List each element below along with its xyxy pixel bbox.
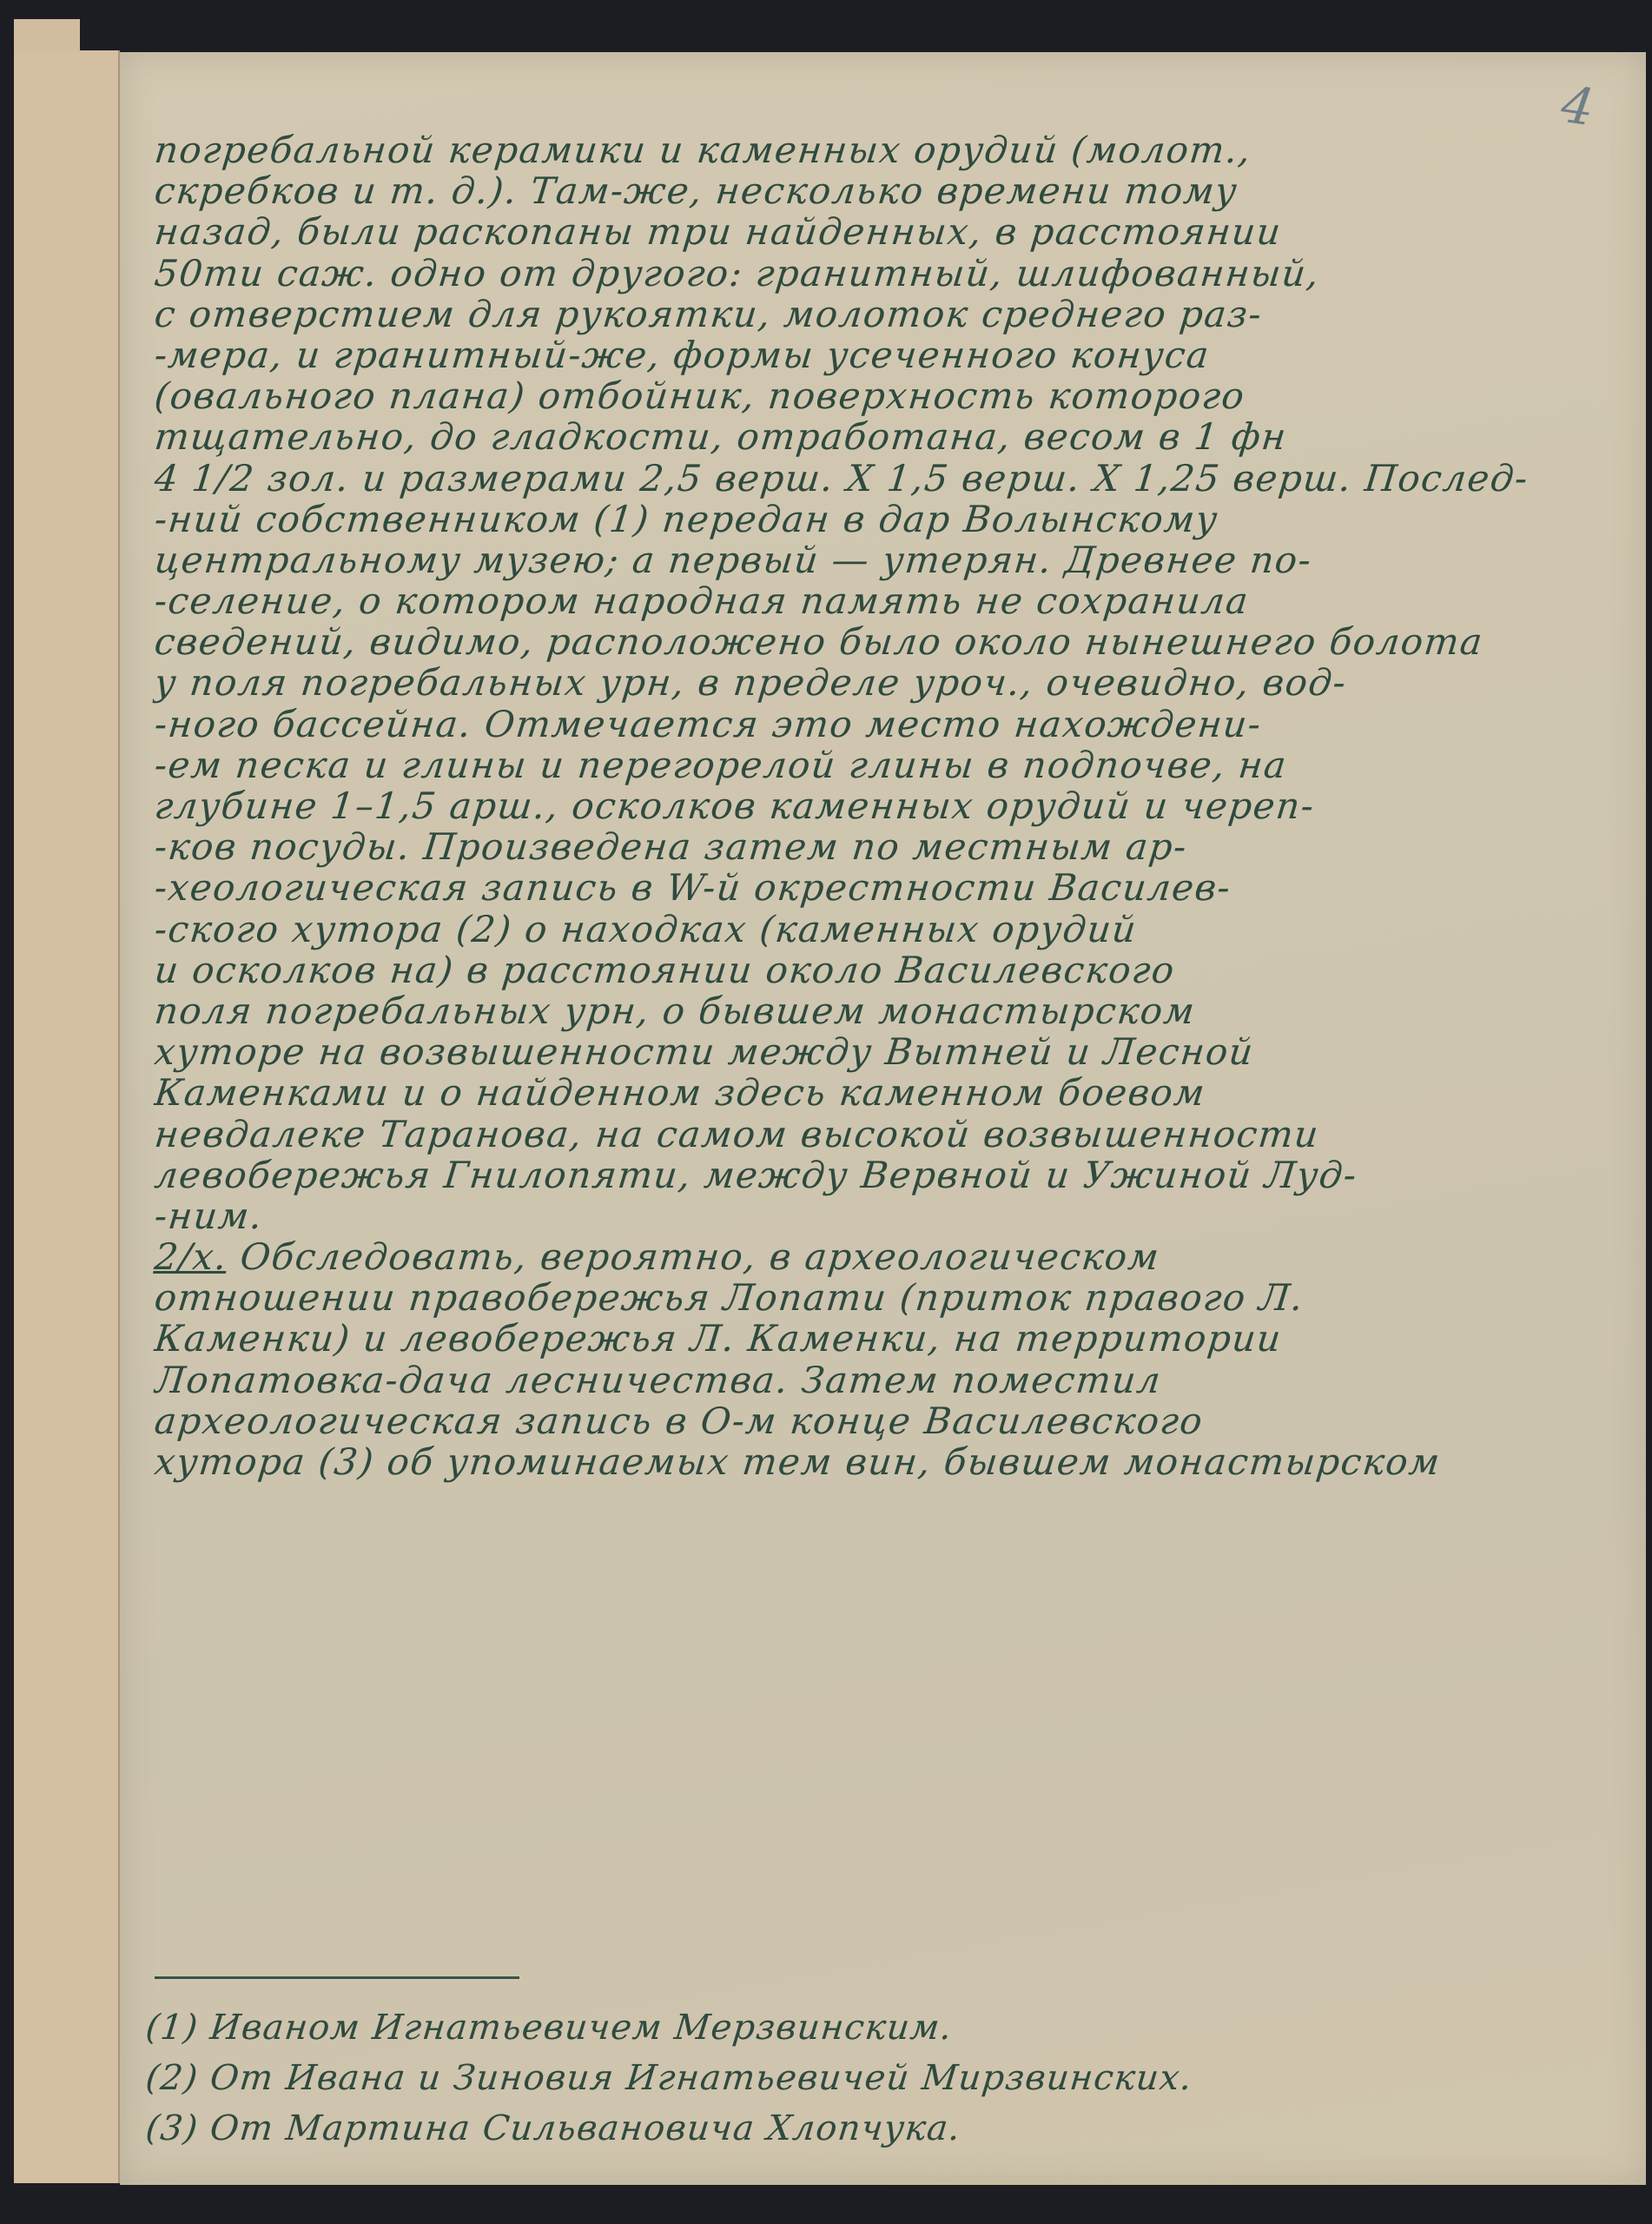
text-line: левобережья Гнилопяти, между Вервной и У… (153, 1155, 1616, 1196)
text-line: археологическая запись в О-м конце Васил… (153, 1401, 1616, 1442)
text-line: центральному музею; а первый — утерян. Д… (153, 540, 1616, 581)
footnote-separator (155, 1976, 519, 1979)
text-line: невдалеке Таранова, на самом высокой воз… (153, 1115, 1616, 1155)
footnotes: (1) Иваном Игнатьевичем Мерзвинским. (2)… (146, 2002, 1536, 2154)
text-line: у поля погребальных урн, в пределе уроч.… (153, 663, 1616, 704)
text-line: Каменками и о найденном здесь каменном б… (153, 1073, 1616, 1114)
entry-text: Обследовать, вероятно, в археологическом (238, 1237, 1161, 1278)
text-line: -мера, и гранитный-же, формы усеченного … (153, 335, 1616, 376)
text-line: отношении правобережья Лопати (приток пр… (153, 1278, 1616, 1319)
footnote-2: (2) От Ивана и Зиновия Игнатьевичей Мирз… (143, 2053, 1538, 2103)
manuscript-body: погребальной керамики и каменных орудий … (155, 130, 1614, 1483)
text-line: Каменки) и левобережья Л. Каменки, на те… (153, 1319, 1616, 1360)
text-line: -ского хутора (2) о находках (каменных о… (153, 910, 1616, 950)
text-line: -ного бассейна. Отмечается это место нах… (153, 705, 1616, 745)
manuscript-page: 4 погребальной керамики и каменных оруди… (120, 52, 1646, 2185)
text-line: и осколков на) в расстоянии около Василе… (153, 950, 1616, 991)
text-line: поля погребальных урн, о бывшем монастыр… (153, 991, 1616, 1032)
entry-date: 2/х. (153, 1237, 230, 1278)
text-line: 4 1/2 зол. и размерами 2,5 верш. Х 1,5 в… (153, 459, 1616, 500)
previous-page-edge (14, 50, 120, 2183)
text-line: (овального плана) отбойник, поверхность … (153, 376, 1616, 417)
text-line: -хеологическая запись в W-й окрестности … (153, 868, 1616, 909)
text-line: хутора (3) об упоминаемых тем вин, бывше… (153, 1442, 1616, 1483)
text-line: -ний собственником (1) передан в дар Вол… (153, 500, 1616, 540)
text-line: скребков и т. д.). Там-же, несколько вре… (153, 171, 1616, 212)
text-line: хуторе на возвышенности между Вытней и Л… (153, 1032, 1616, 1073)
previous-page-tab (14, 19, 80, 52)
text-line: сведений, видимо, расположено было около… (153, 622, 1616, 663)
text-line: -ним. (153, 1196, 1616, 1237)
text-line: погребальной керамики и каменных орудий … (153, 130, 1616, 171)
text-line: тщательно, до гладкости, отработана, вес… (153, 417, 1616, 458)
text-line: -селение, о котором народная память не с… (153, 581, 1616, 622)
text-line: -ков посуды. Произведена затем по местны… (153, 827, 1616, 868)
footnote-1: (1) Иваном Игнатьевичем Мерзвинским. (143, 2002, 1538, 2053)
text-line: -ем песка и глины и перегорелой глины в … (153, 745, 1616, 786)
text-line: Лопатовка-дача лесничества. Затем помест… (153, 1360, 1616, 1401)
text-line: глубине 1–1,5 арш., осколков каменных ор… (153, 786, 1616, 827)
text-line: назад, были раскопаны три найденных, в р… (153, 212, 1616, 253)
text-line: 50ти саж. одно от другого: гранитный, шл… (153, 254, 1616, 295)
dated-entry-first-line: 2/х. Обследовать, вероятно, в археологич… (153, 1237, 1616, 1278)
footnote-3: (3) От Мартина Сильвановича Хлопчука. (143, 2103, 1538, 2154)
text-line: с отверстием для рукоятки, молоток средн… (153, 295, 1616, 335)
page-number: 4 (1558, 75, 1598, 137)
